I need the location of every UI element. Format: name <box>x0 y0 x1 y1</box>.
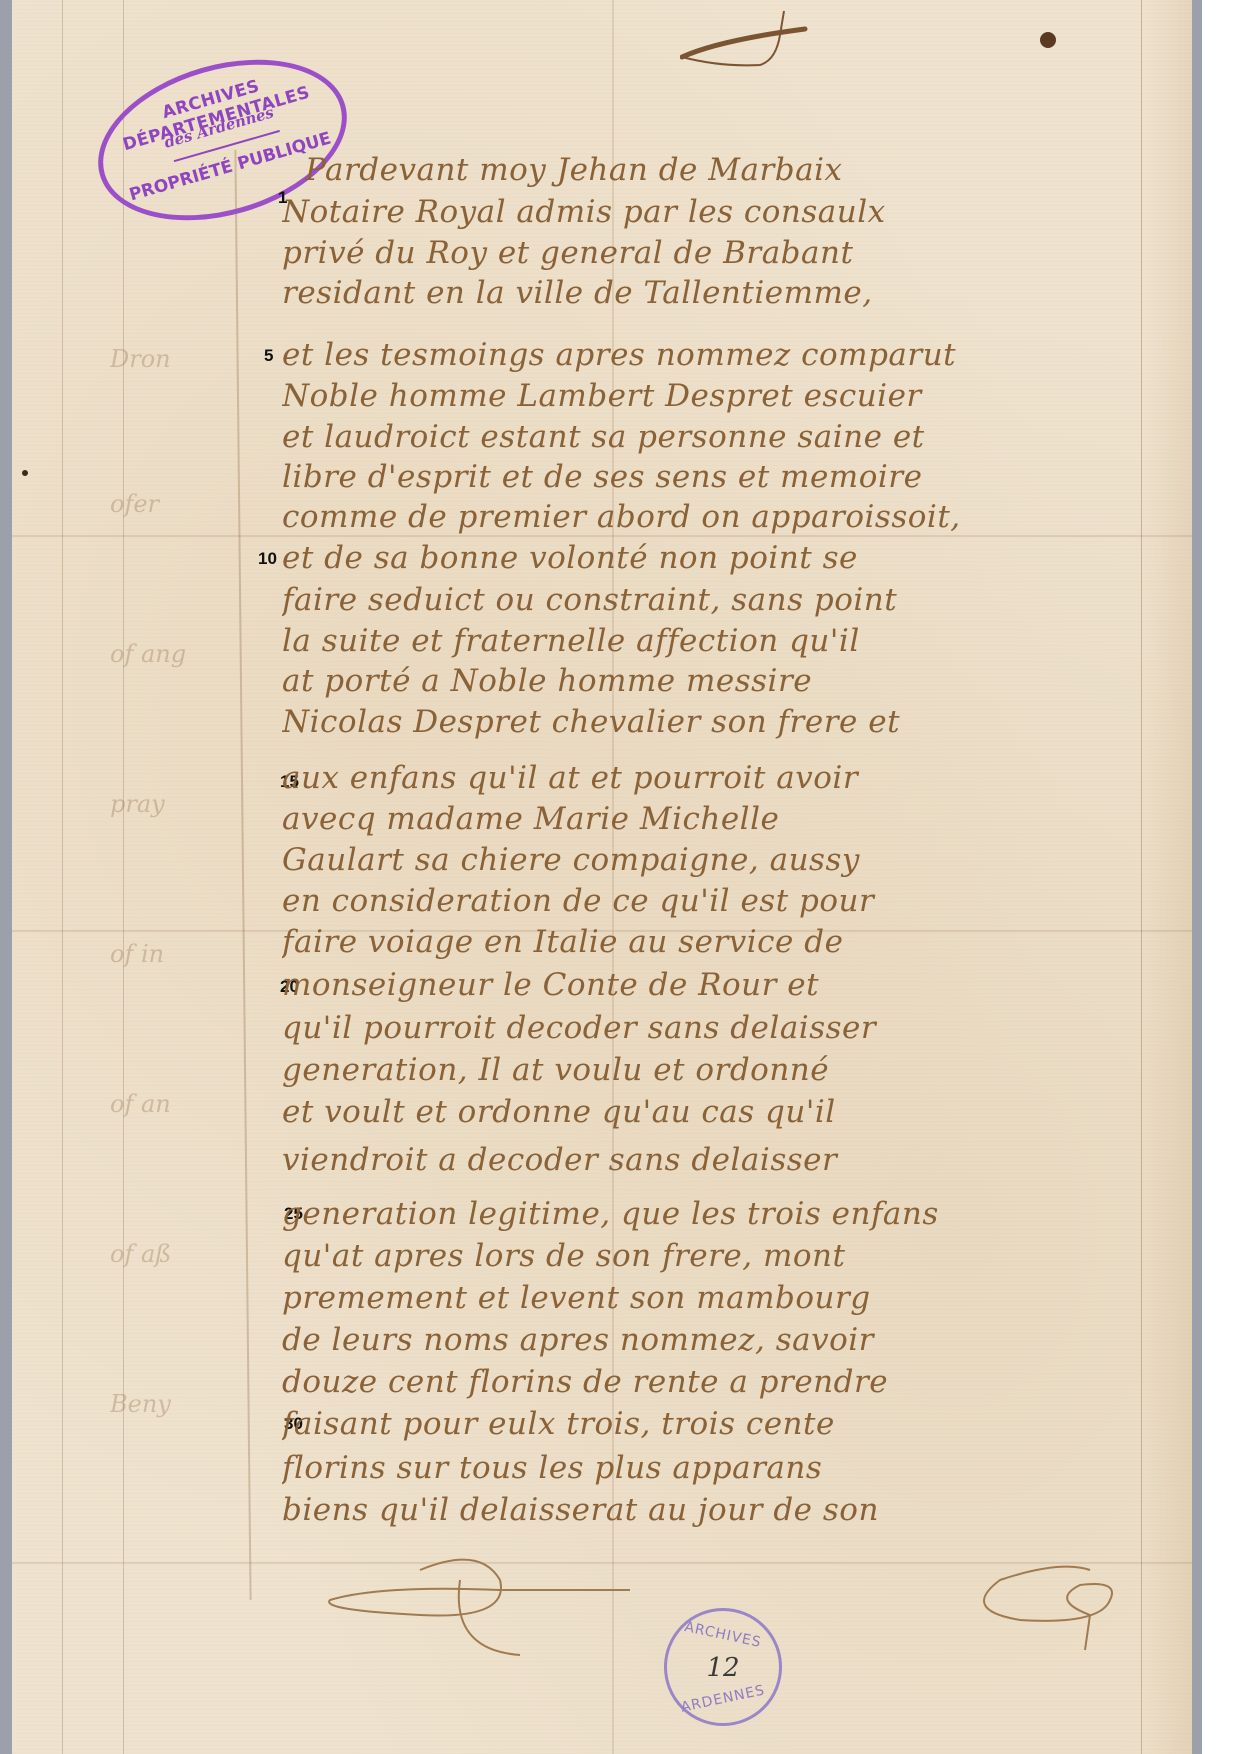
manuscript-line: en consideration de ce qu'il est pour <box>282 881 1162 921</box>
manuscript-line: douze cent florins de rente a prendre <box>282 1362 1162 1402</box>
manuscript-line: faire voiage en Italie au service de <box>282 922 1162 962</box>
manuscript-line: qu'at apres lors de son frere, mont <box>282 1236 1162 1276</box>
bleed-through-text: of an <box>110 1090 250 1118</box>
manuscript-line: Notaire Royal admis par les consaulx <box>282 192 1162 232</box>
bleed-through-text: ofer <box>110 490 250 518</box>
manuscript-line: residant en la ville de Tallentiemme, <box>282 273 1162 313</box>
manuscript-line: biens qu'il delaisserat au jour de son <box>282 1490 1162 1530</box>
archives-circle-stamp: ARCHIVES 12 ARDENNES <box>664 1608 782 1726</box>
manuscript-line: viendroit a decoder sans delaisser <box>282 1140 1162 1180</box>
ink-speck <box>22 470 28 476</box>
manuscript-line: et les tesmoings apres nommez comparut <box>282 335 1162 375</box>
manuscript-line: at porté a Noble homme messire <box>282 661 1162 701</box>
manuscript-line: Nicolas Despret chevalier son frere et <box>282 702 1162 742</box>
bleed-through-text: of ang <box>110 640 250 668</box>
line-number: 5 <box>264 346 273 366</box>
manuscript-line: Noble homme Lambert Despret escuier <box>282 376 1162 416</box>
manuscript-line: faisant pour eulx trois, trois cente <box>282 1404 1162 1444</box>
bleed-through-text: pray <box>110 790 250 818</box>
manuscript-line: Pardevant moy Jehan de Marbaix <box>305 150 1185 190</box>
bleed-through-text: of aß <box>110 1240 250 1268</box>
bleed-through-text: Beny <box>110 1390 250 1418</box>
folio-number: 12 <box>667 1653 779 1683</box>
manuscript-line: premement et levent son mambourg <box>282 1278 1162 1318</box>
manuscript-line: faire seduict ou constraint, sans point <box>282 580 1162 620</box>
manuscript-line: generation legitime, que les trois enfan… <box>282 1194 1162 1234</box>
manuscript-line: aux enfans qu'il at et pourroit avoir <box>282 758 1162 798</box>
manuscript-line: et voult et ordonne qu'au cas qu'il <box>282 1092 1162 1132</box>
page-edge-strip <box>62 0 124 1754</box>
pen-flourish-icon <box>680 5 815 70</box>
manuscript-line: et de sa bonne volonté non point se <box>282 538 1162 578</box>
bleed-through-text: of in <box>110 940 250 968</box>
manuscript-line: generation, Il at voulu et ordonné <box>282 1050 1162 1090</box>
manuscript-line: monseigneur le Conte de Rour et <box>282 965 1162 1005</box>
manuscript-line: la suite et fraternelle affection qu'il <box>282 621 1162 661</box>
manuscript-line: et laudroict estant sa personne saine et <box>282 417 1162 457</box>
manuscript-line: comme de premier abord on apparoissoit, <box>282 497 1162 537</box>
manuscript-line: florins sur tous les plus apparans <box>282 1448 1162 1488</box>
manuscript-line: libre d'esprit et de ses sens et memoire <box>282 457 1162 497</box>
manuscript-line: de leurs noms apres nommez, savoir <box>282 1320 1162 1360</box>
manuscript-line: privé du Roy et general de Brabant <box>282 233 1162 273</box>
line-number: 10 <box>258 549 277 569</box>
manuscript-line: avecq madame Marie Michelle <box>282 799 1162 839</box>
bleed-through-text: Dron <box>110 345 250 373</box>
manuscript-line: Gaulart sa chiere compaigne, aussy <box>282 840 1162 880</box>
ink-blot <box>1040 32 1056 48</box>
manuscript-line: qu'il pourroit decoder sans delaisser <box>282 1008 1162 1048</box>
